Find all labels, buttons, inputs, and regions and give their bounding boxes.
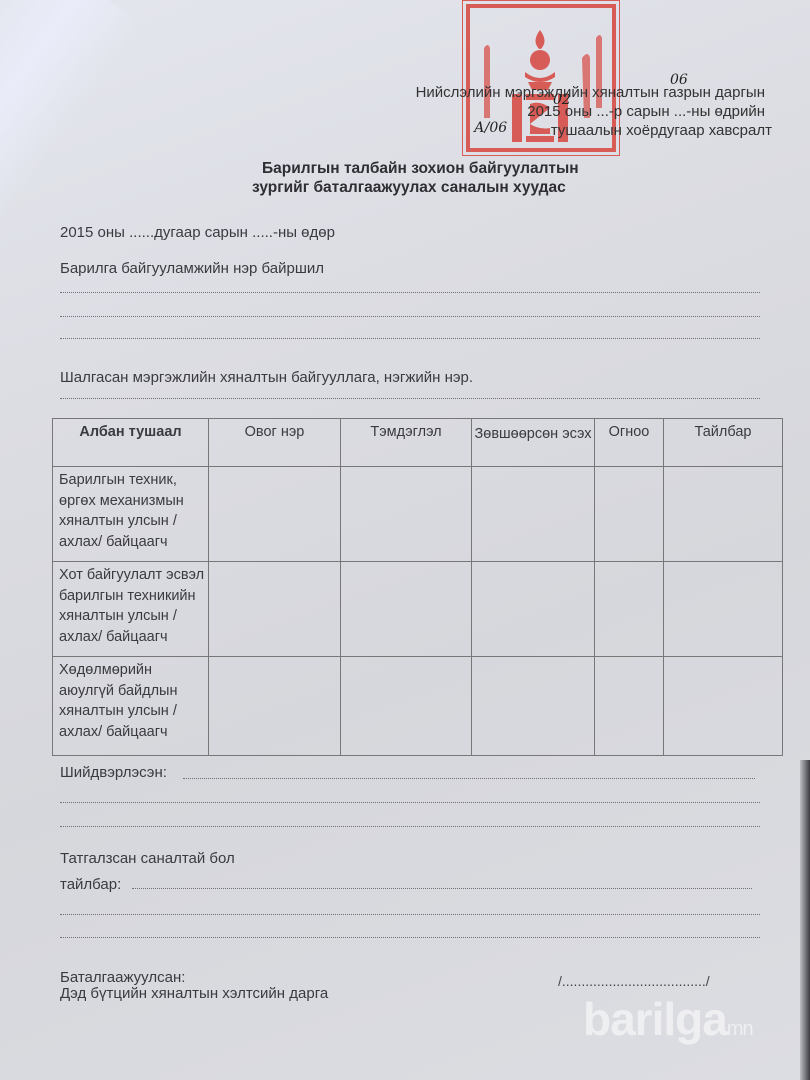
header-line-3: тушаалын хоёрдугаар хавсралт — [551, 122, 772, 139]
approved-cell[interactable] — [472, 467, 595, 562]
rejection-field-1[interactable] — [132, 888, 752, 889]
decided-label: Шийдвэрлэсэн: — [60, 764, 167, 781]
handwritten-day: 06 — [670, 72, 688, 88]
handwritten-order-number: А/06 — [474, 120, 507, 136]
building-name-field-2[interactable] — [60, 316, 760, 317]
watermark-logo: barilgamn — [583, 992, 753, 1046]
notes-cell[interactable] — [341, 657, 472, 756]
handwritten-month: 02 — [553, 92, 571, 108]
col-header-date: Огноо — [595, 419, 664, 467]
rejection-field-2[interactable] — [60, 914, 760, 915]
table-row: Барилгын техник, өргөх механизмын хяналт… — [53, 467, 783, 562]
notes-cell[interactable] — [341, 467, 472, 562]
remarks-cell[interactable] — [664, 562, 783, 657]
decided-field-1[interactable] — [183, 778, 755, 779]
building-name-label: Барилга байгууламжийн нэр байршил — [60, 260, 324, 277]
date-cell[interactable] — [595, 562, 664, 657]
approved-label: Баталгаажуулсан: — [60, 969, 185, 986]
date-line[interactable]: 2015 оны ......дугаар сарын .....-ны өдө… — [60, 224, 335, 241]
col-header-remarks: Тайлбар — [664, 419, 783, 467]
date-cell[interactable] — [595, 467, 664, 562]
watermark-brand: barilga — [583, 993, 727, 1045]
table-row: Хот байгуулалт эсвэл барилгын техникийн … — [53, 562, 783, 657]
approved-cell[interactable] — [472, 657, 595, 756]
header-line-1: Нийслэлийн мэргэжлийн хяналтын газрын да… — [416, 84, 765, 101]
notes-cell[interactable] — [341, 562, 472, 657]
decided-field-3[interactable] — [60, 826, 760, 827]
inspector-org-field[interactable] — [60, 398, 760, 399]
role-cell: Хот байгуулалт эсвэл барилгын техникийн … — [53, 562, 209, 657]
date-cell[interactable] — [595, 657, 664, 756]
signature-field[interactable]: /...................................../ — [558, 973, 710, 989]
role-cell: Хөдөлмөрийн аюулгүй байдлын хяналтын улс… — [53, 657, 209, 756]
approved-cell[interactable] — [472, 562, 595, 657]
inspector-org-label: Шалгасан мэргэжлийн хяналтын байгууллага… — [60, 369, 473, 386]
name-cell[interactable] — [209, 657, 341, 756]
col-header-approved: Зөвшөөрсөн эсэх — [472, 419, 595, 467]
rejection-label: Татгалзсан саналтай бол — [60, 850, 235, 867]
decided-field-2[interactable] — [60, 802, 760, 803]
building-name-field-3[interactable] — [60, 338, 760, 339]
paper-fold-highlight — [0, 0, 142, 237]
rejection-remark-label: тайлбар: — [60, 876, 121, 893]
table-row: Хөдөлмөрийн аюулгүй байдлын хяналтын улс… — [53, 657, 783, 756]
rejection-field-3[interactable] — [60, 937, 760, 938]
col-header-notes: Тэмдэглэл — [341, 419, 472, 467]
name-cell[interactable] — [209, 467, 341, 562]
table-header-row: Албан тушаал Овог нэр Тэмдэглэл Зөвшөөрс… — [53, 419, 783, 467]
col-header-position: Албан тушаал — [53, 419, 209, 467]
remarks-cell[interactable] — [664, 657, 783, 756]
role-cell: Барилгын техник, өргөх механизмын хяналт… — [53, 467, 209, 562]
watermark-suffix: mn — [727, 1018, 753, 1040]
name-cell[interactable] — [209, 562, 341, 657]
col-header-name: Овог нэр — [209, 419, 341, 467]
background-edge — [800, 760, 810, 1080]
building-name-field-1[interactable] — [60, 292, 760, 293]
remarks-cell[interactable] — [664, 467, 783, 562]
approver-title: Дэд бүтцийн хяналтын хэлтсийн дарга — [60, 985, 328, 1002]
document-title-line-1: Барилгын талбайн зохион байгуулалтын — [262, 160, 579, 178]
document-title-line-2: зургийг баталгаажуулах саналын хуудас — [252, 179, 566, 197]
inspection-table: Албан тушаал Овог нэр Тэмдэглэл Зөвшөөрс… — [52, 418, 783, 756]
